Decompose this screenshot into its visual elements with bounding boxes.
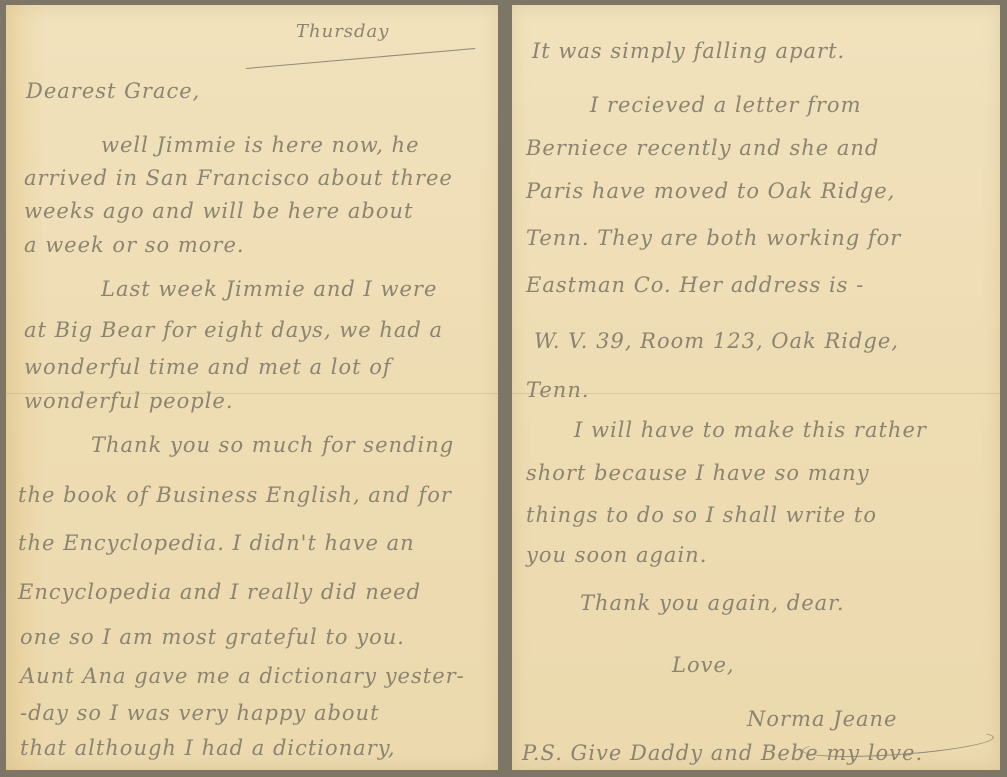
salutation: Dearest Grace, [26,81,200,102]
letter-line: wonderful time and met a lot of [24,357,392,378]
paper-stain [6,5,46,770]
letter-line: Encyclopedia and I really did need [18,582,421,603]
letter-line: a week or so more. [24,235,245,256]
letter-line: the Encyclopedia. I didn't have an [18,533,415,554]
letter-line: short because I have so many [526,463,870,484]
letter-line: one so I am most grateful to you. [20,627,405,648]
letter-line: I will have to make this rather [574,420,927,441]
letter-line: that although I had a dictionary, [20,738,396,759]
closing: Love, [672,655,735,676]
letter-line: the book of Business English, and for [18,485,452,506]
letter-line: Paris have moved to Oak Ridge, [526,181,895,202]
letter-line: Thank you so much for sending [91,435,454,456]
letter-line: arrived in San Francisco about three [24,168,453,189]
address-line: W. V. 39, Room 123, Oak Ridge, [534,331,899,352]
letter-line: weeks ago and will be here about [24,201,413,222]
letter-date: Thursday [296,23,389,41]
letter-line: you soon again. [526,545,707,566]
letter-line: Eastman Co. Her address is - [526,275,864,296]
signature: Norma Jeane [747,709,897,730]
letter-page-1: Thursday Dearest Grace, well Jimmie is h… [6,5,498,770]
letter-line: Aunt Ana gave me a dictionary yester- [20,666,465,687]
date-underline [246,48,475,69]
letter-line: -day so I was very happy about [20,703,380,724]
postscript: P.S. Give Daddy and Bebe my love. [522,743,923,764]
letter-line: things to do so I shall write to [526,505,877,526]
letter-line: Thank you again, dear. [580,593,845,614]
letter-line: wonderful people. [24,391,234,412]
letter-line: Tenn. They are both working for [526,228,901,249]
letter-line: at Big Bear for eight days, we had a [24,320,443,341]
letter-line: well Jimmie is here now, he [101,135,420,156]
letter-line: I recieved a letter from [590,95,861,116]
letter-line: Last week Jimmie and I were [101,279,437,300]
letter-line: Berniece recently and she and [526,138,879,159]
letter-page-2: It was simply falling apart. I recieved … [512,5,1000,770]
letter-line: Tenn. [526,380,590,401]
letter-line: It was simply falling apart. [532,41,845,62]
